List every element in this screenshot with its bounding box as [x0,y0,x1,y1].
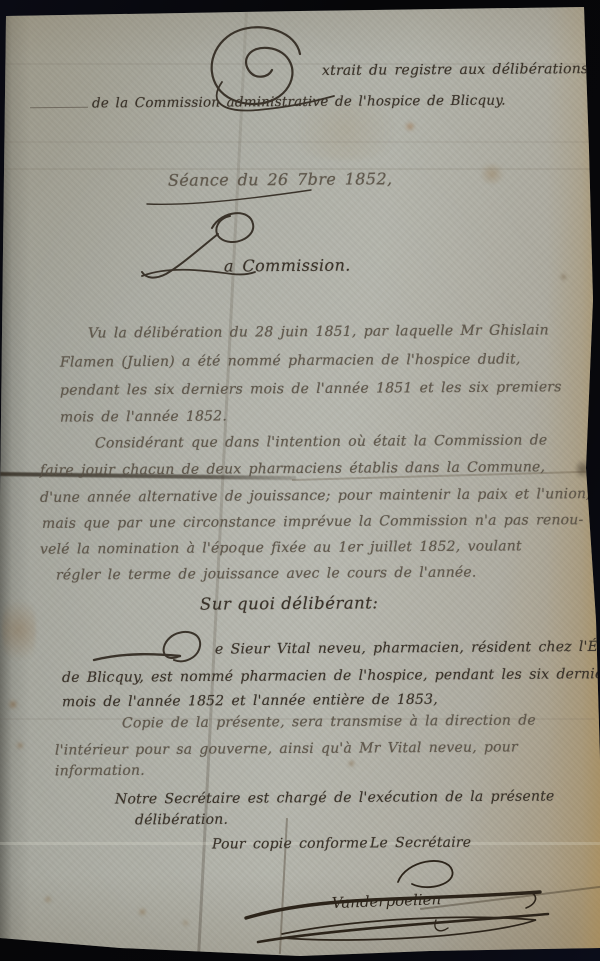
body-line: d'une année alternative de jouissance; p… [40,486,591,506]
signature: Vanderpoelien [240,856,550,946]
body-line: velé la nomination à l'époque fixée au 1… [40,538,522,557]
stain [44,896,52,903]
stain [348,760,355,767]
body-line: e Sieur Vital neveu, pharmacien, résiden… [215,638,600,657]
body-line: Vu la délibération du 28 juin 1851, par … [88,322,549,341]
stain [182,920,189,926]
stain [16,742,24,749]
body-line: Copie de la présente, sera transmise à l… [122,713,536,732]
ornate-initial-l-sieur [92,626,214,672]
body-line: mais que par une circonstance imprévue l… [42,512,584,532]
stain [576,458,590,480]
body-line: mois de l'année 1852 et l'année entière … [62,692,438,711]
body-line: Notre Secrétaire est chargé de l'exécuti… [115,788,555,807]
header-line-1: xtrait du registre aux délibérations [322,61,588,79]
date-line: Séance du 26 7bre 1852, [168,169,393,190]
header-leader-dash [30,107,88,109]
signatory-title: Le Secrétaire [370,835,471,852]
ornate-initial-l-commission [140,208,255,288]
signature-name: Vanderpoelien [332,890,442,912]
body-line: Flamen (Julien) a été nommé pharmacien d… [60,351,521,370]
fold-crease-horizontal-faint [0,141,590,143]
stain [560,274,567,280]
stain [138,908,147,916]
body-line: délibération. [135,812,228,829]
salutation: a Commission. [224,256,351,276]
certification-formula: Pour copie conforme [212,835,368,852]
body-line: mois de l'année 1852. [60,408,227,425]
body-line: information. [55,763,145,780]
photograph-of-manuscript: xtrait du registre aux délibérations de … [0,0,600,961]
body-line: pendant les six derniers mois de l'année… [60,379,562,399]
stain [2,590,36,670]
paper-sheet: xtrait du registre aux délibérations de … [0,0,600,961]
stain [8,700,18,709]
stain [478,164,506,184]
body-line: régler le terme de jouissance avec le co… [56,565,477,584]
body-line: l'intérieur pour sa gouverne, ainsi qu'à… [55,739,518,758]
header-line-2: de la Commission administrative de l'hos… [92,93,506,112]
body-line: de Blicquy, est nommé pharmacien de l'ho… [62,666,600,686]
deliberation-heading: Sur quoi délibérant: [200,593,379,613]
body-line: Considérant que dans l'intention où étai… [95,432,547,451]
